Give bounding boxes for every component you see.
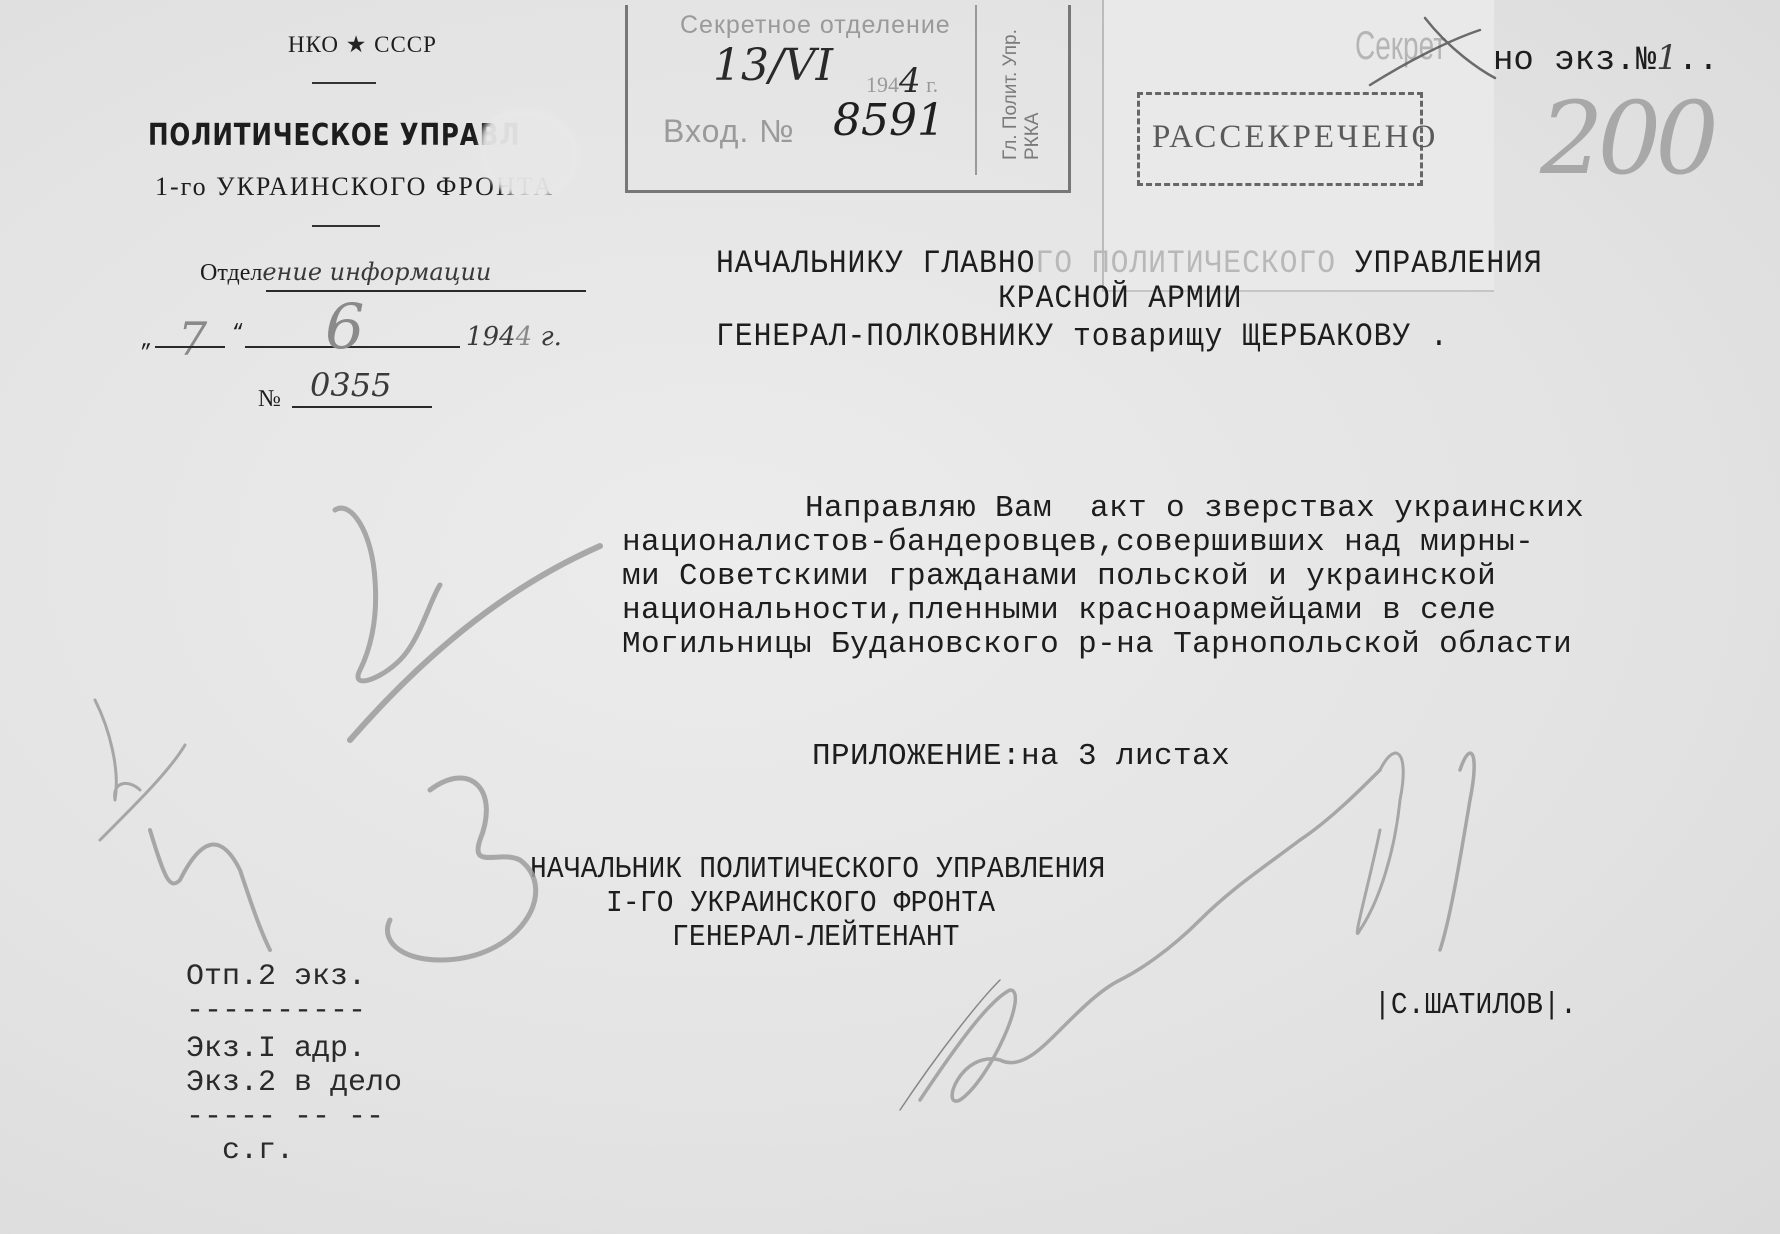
pencil-marks [0,0,1780,1234]
pencil-numeral-2 [335,508,440,681]
